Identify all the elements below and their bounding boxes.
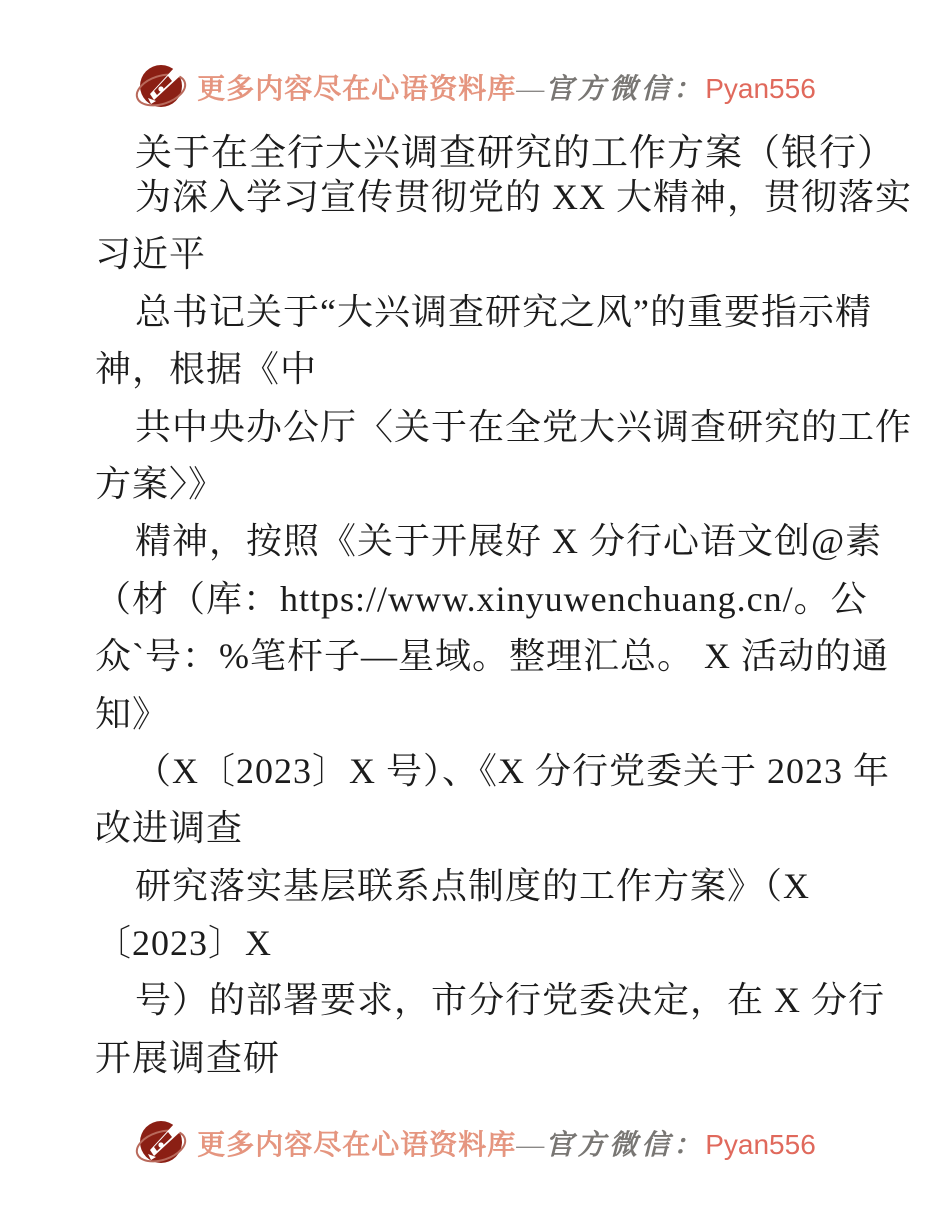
document-body: 为深入学习宣传贯彻党的 XX 大精神，贯彻落实习近平总书记关于“大兴调查研究之风… (95, 169, 895, 1087)
body-line: 〔2023〕X (95, 915, 895, 972)
body-line: 众`号：%笔杆子—星域。整理汇总。 X 活动的通 (95, 628, 895, 685)
pen-nib-badge-icon (134, 60, 188, 114)
watermark-header: 更多内容尽在心语资料库—官方微信：Pyan556 (0, 60, 950, 114)
watermark-main-text: 更多内容尽在心语资料库 (197, 1130, 516, 1161)
body-line: （材（库：https://www.xinyuwenchuang.cn/。公 (95, 571, 895, 628)
watermark-text: 更多内容尽在心语资料库—官方微信：Pyan556 (197, 67, 816, 107)
body-line: 神，根据《中 (95, 341, 895, 398)
body-line: 为深入学习宣传贯彻党的 XX 大精神，贯彻落实 (95, 169, 895, 226)
body-line: （X〔2023〕X 号）、《X 分行党委关于 2023 年 (95, 743, 895, 800)
body-line: 号）的部署要求，市分行党委决定，在 X 分行 (95, 972, 895, 1029)
watermark-main-text: 更多内容尽在心语资料库 (197, 74, 516, 105)
body-line: 开展调查研 (95, 1030, 895, 1087)
body-line: 精神，按照《关于开展好 X 分行心语文创@素 (95, 513, 895, 570)
body-line: 共中央办公厅〈关于在全党大兴调查研究的工作 (95, 399, 895, 456)
document-title: 关于在全行大兴调查研究的工作方案（银行） (95, 122, 895, 176)
body-line: 研究落实基层联系点制度的工作方案》（X (95, 858, 895, 915)
body-line: 知》 (95, 686, 895, 743)
watermark-wechat-id: Pyan556 (705, 73, 816, 104)
pen-nib-badge-icon (134, 1116, 188, 1170)
watermark-dash: — (516, 1130, 545, 1161)
body-line: 方案〉》 (95, 456, 895, 513)
document-page: 更多内容尽在心语资料库—官方微信：Pyan556 关于在全行大兴调查研究的工作方… (0, 0, 950, 1230)
watermark-footer: 更多内容尽在心语资料库—官方微信：Pyan556 (0, 1116, 950, 1170)
body-line: 改进调查 (95, 800, 895, 857)
watermark-wechat-label: 官方微信： (545, 1130, 705, 1161)
body-line: 总书记关于“大兴调查研究之风”的重要指示精 (95, 284, 895, 341)
watermark-wechat-id: Pyan556 (705, 1129, 816, 1160)
watermark-wechat-label: 官方微信： (545, 74, 705, 105)
body-line: 习近平 (95, 226, 895, 283)
watermark-text: 更多内容尽在心语资料库—官方微信：Pyan556 (197, 1123, 816, 1163)
watermark-dash: — (516, 74, 545, 105)
